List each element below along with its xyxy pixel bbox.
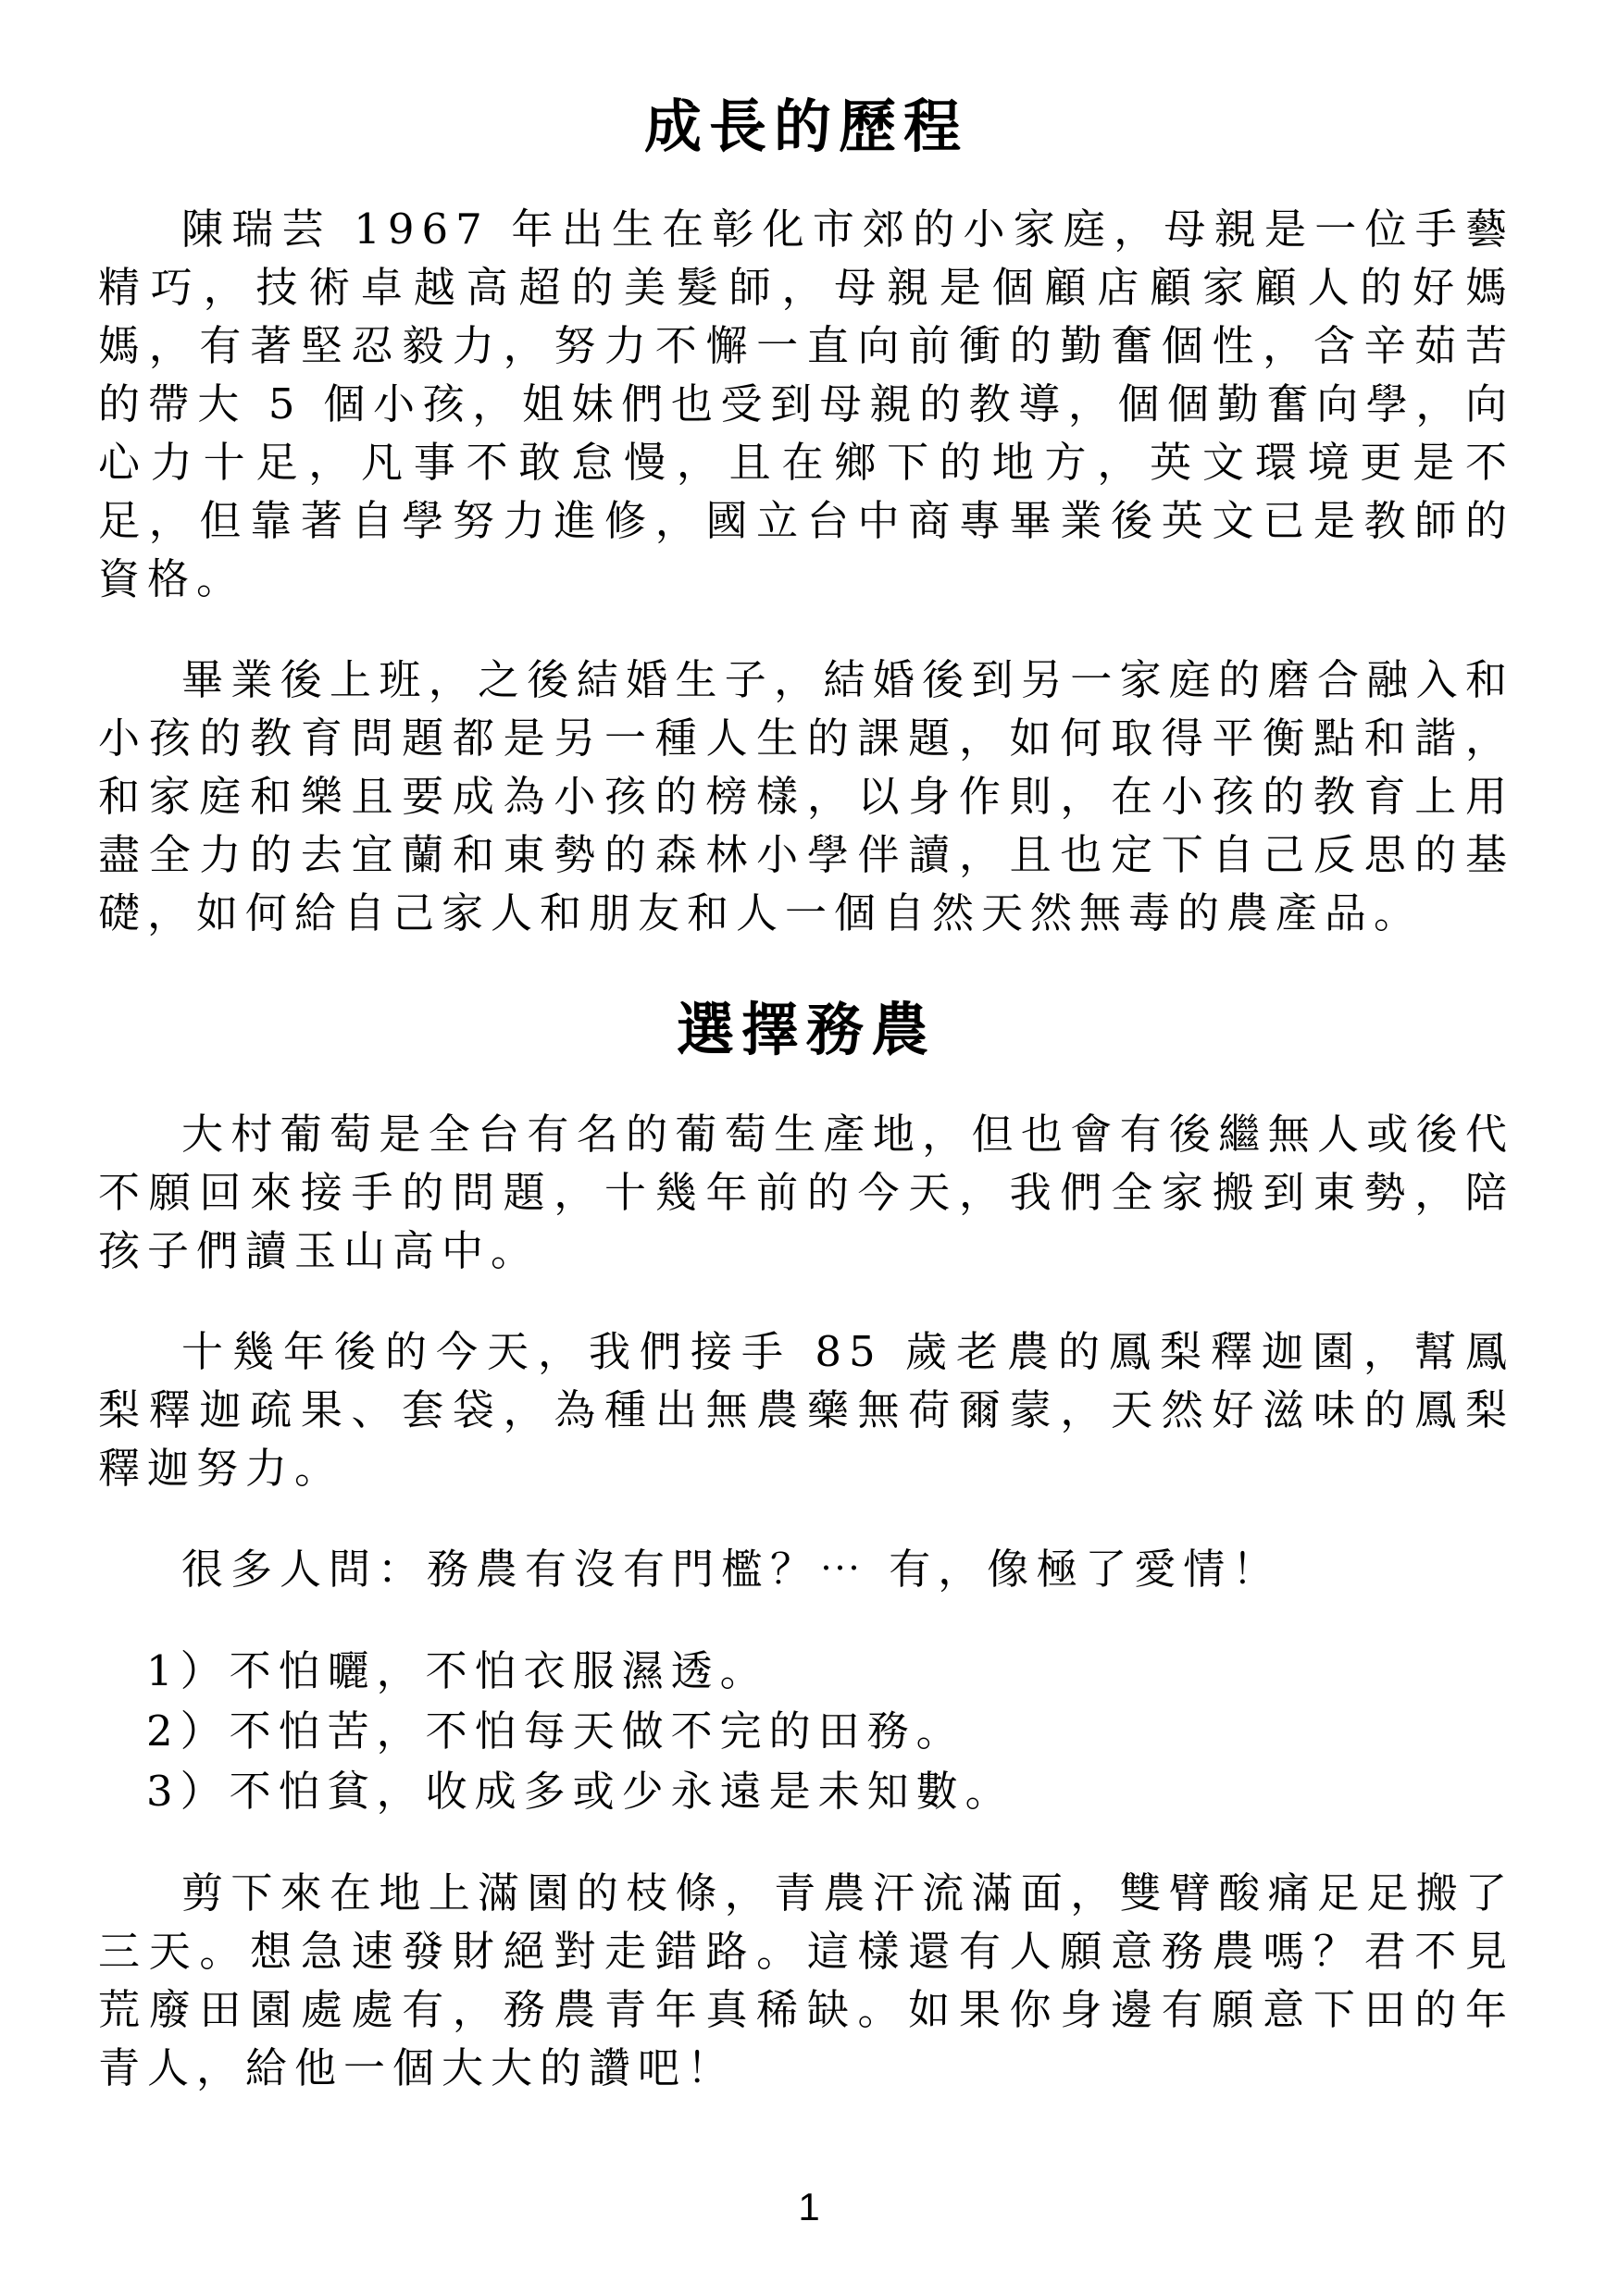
paragraph-dacun-grapes: 大村葡萄是全台有名的葡萄生產地，但也會有後繼無人或後代不願回來接手的問題，十幾年…	[98, 1105, 1514, 1280]
list-item-not-afraid-of-hardship: 2）不怕苦，不怕每天做不完的田務。	[98, 1701, 1514, 1761]
paragraph-after-graduation: 畢業後上班，之後結婚生子，結婚後到另一家庭的磨合融入和小孩的教育問題都是另一種人…	[98, 651, 1514, 942]
heading-choose-farming: 選擇務農	[98, 988, 1514, 1072]
paragraph-birth-and-family: 陳瑞芸 1967 年出生在彰化市郊的小家庭，母親是一位手藝精巧，技術卓越高超的美…	[98, 200, 1514, 608]
heading-growth-history: 成長的歷程	[98, 85, 1514, 168]
farming-threshold-list: 1）不怕曬，不怕衣服濕透。 2）不怕苦，不怕每天做不完的田務。 3）不怕貧，收成…	[98, 1641, 1514, 1821]
list-item-not-afraid-of-sun: 1）不怕曬，不怕衣服濕透。	[98, 1641, 1514, 1701]
paragraph-branches-closing: 剪下來在地上滿園的枝條，青農汗流滿面，雙臂酸痛足足搬了三天。想急速發財絕對走錯路…	[98, 1864, 1514, 2097]
document-page: 成長的歷程 陳瑞芸 1967 年出生在彰化市郊的小家庭，母親是一位手藝精巧，技術…	[0, 0, 1618, 2296]
paragraph-farming-threshold-question: 很多人問：務農有沒有門檻？⋯ 有，像極了愛情！	[98, 1540, 1514, 1598]
list-item-not-afraid-of-poverty: 3）不怕貧，收成多或少永遠是未知數。	[98, 1761, 1514, 1821]
paragraph-pineapple-custard-apple: 十幾年後的今天，我們接手 85 歲老農的鳳梨釋迦園，幫鳳梨釋迦疏果、套袋，為種出…	[98, 1322, 1514, 1497]
page-content: 成長的歷程 陳瑞芸 1967 年出生在彰化市郊的小家庭，母親是一位手藝精巧，技術…	[98, 85, 1514, 2140]
page-number: 1	[0, 2185, 1618, 2229]
